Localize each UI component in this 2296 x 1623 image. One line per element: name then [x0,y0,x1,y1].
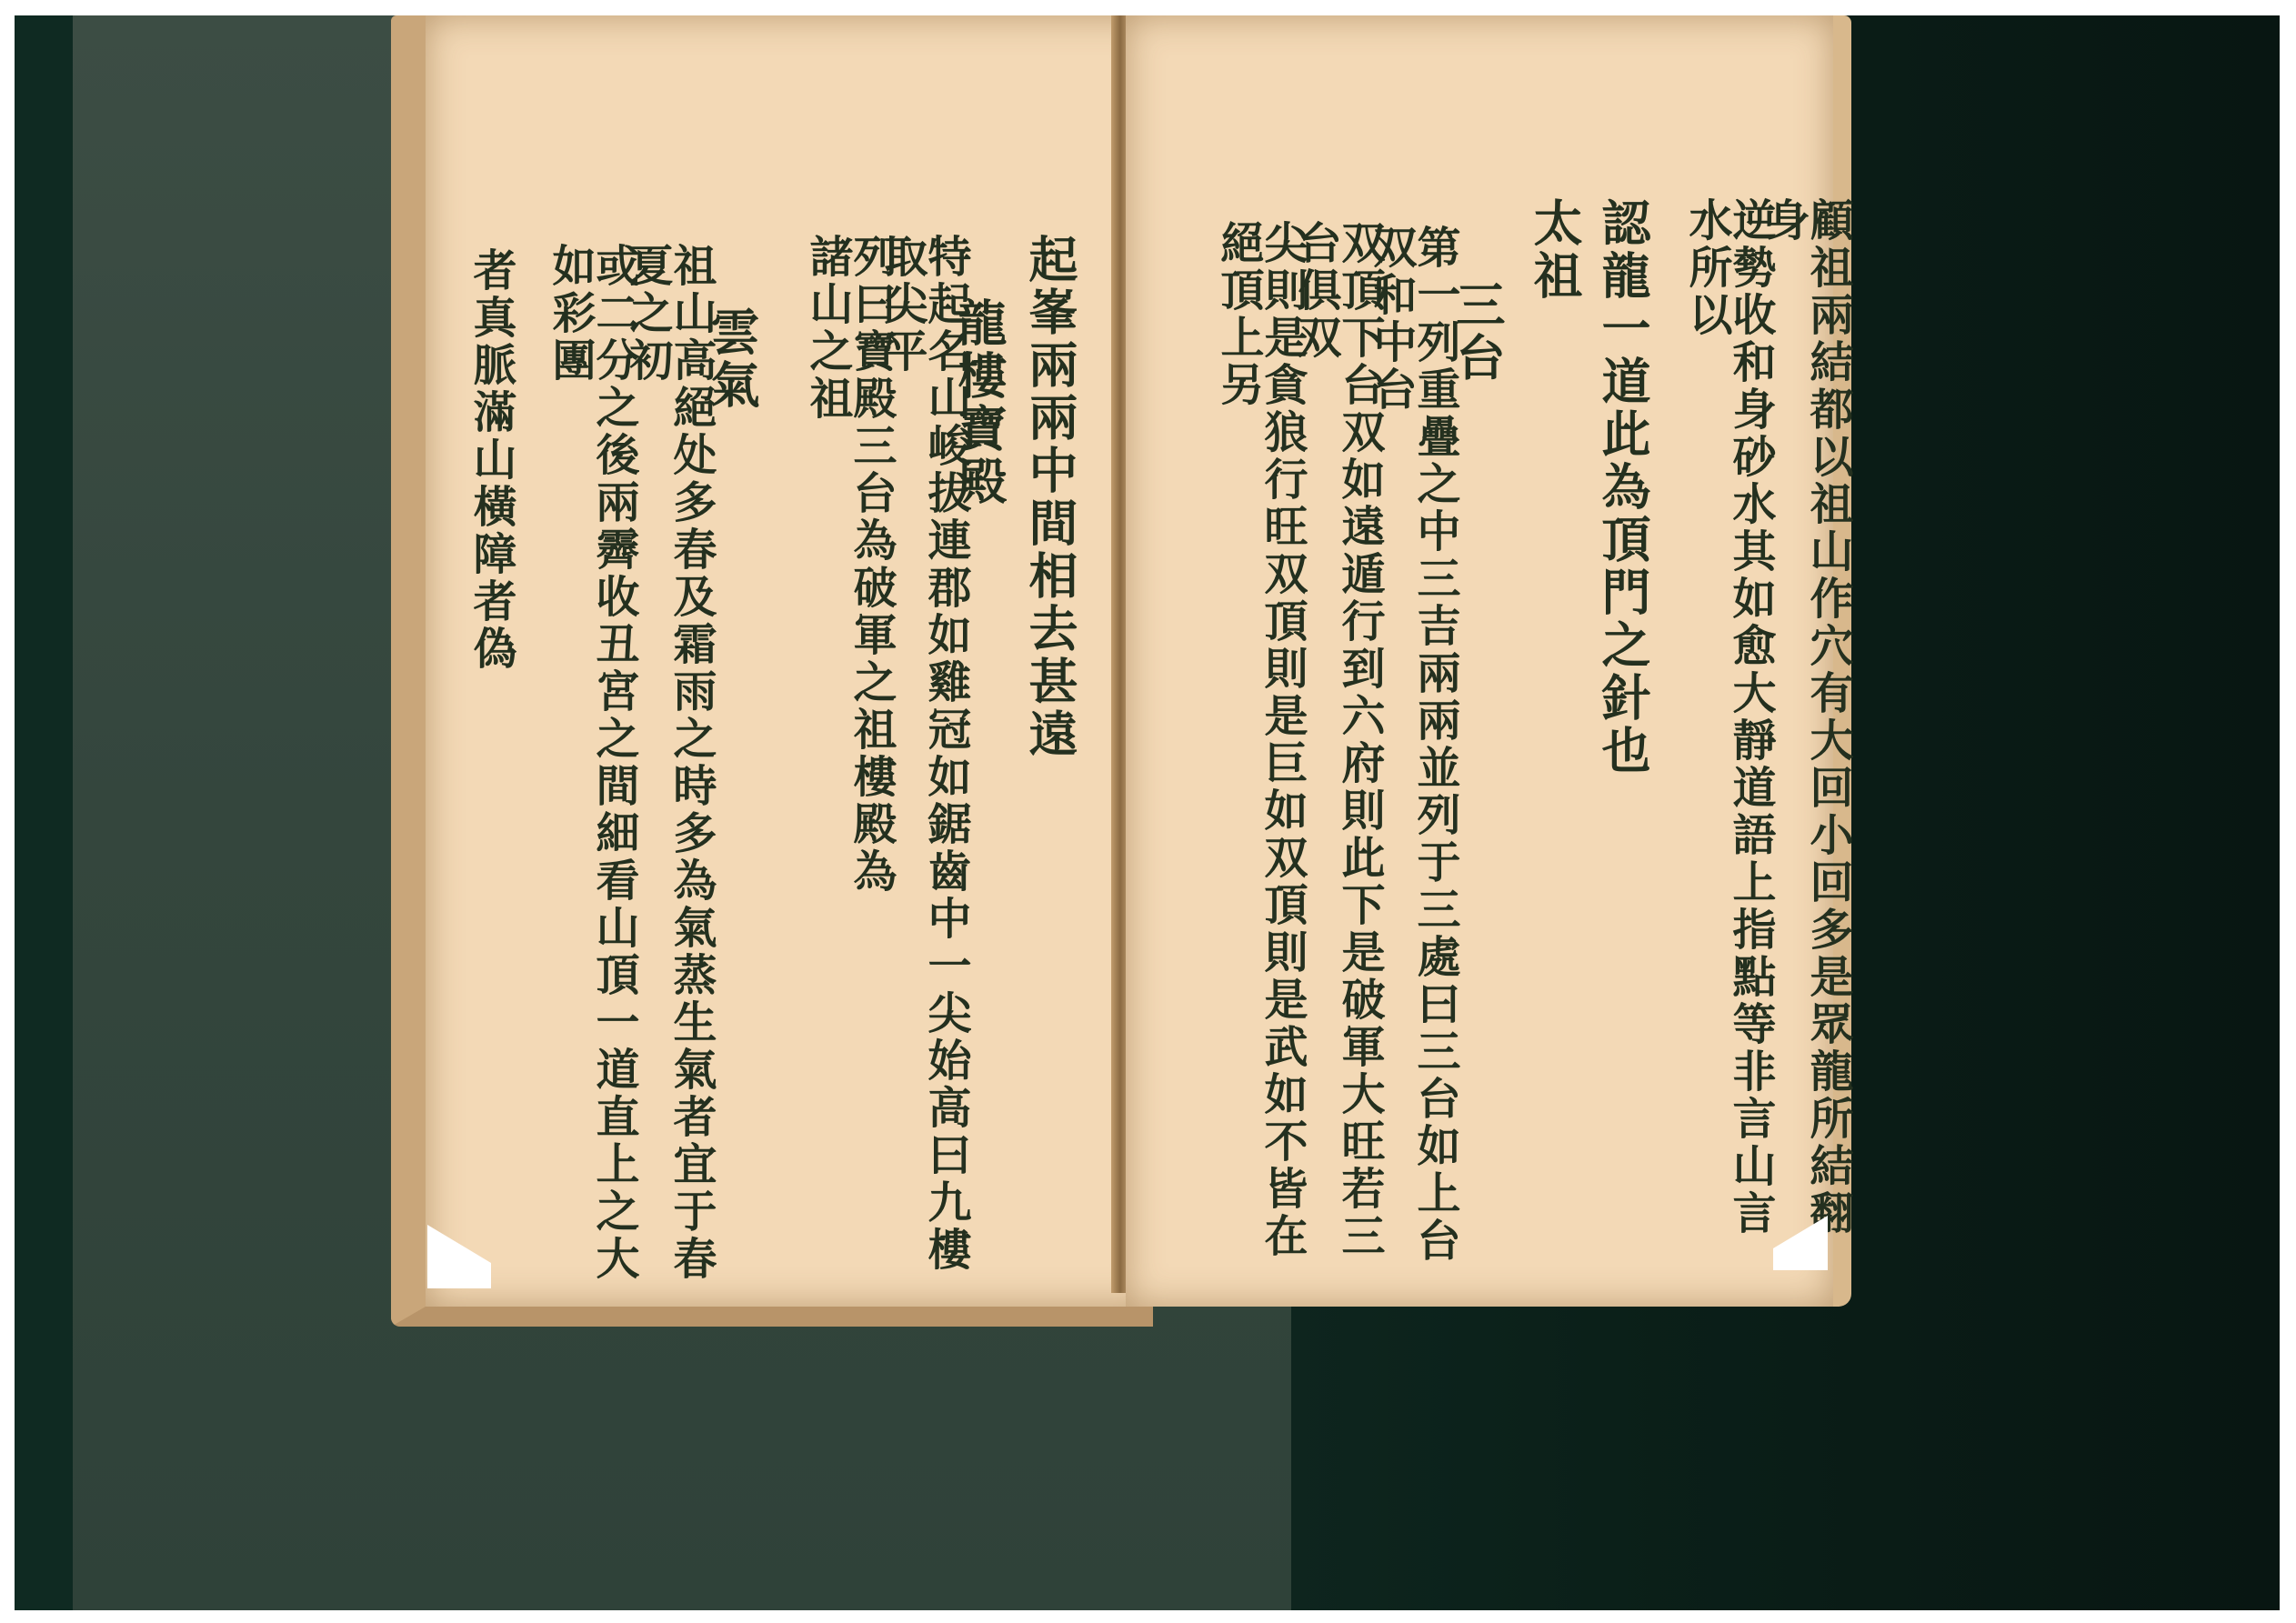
right-page: 顧祖兩結都以祖山作穴有大回小回多是眾龍所結翻身 逆勢收和身砂水其如愈大靜道語上指… [1126,15,1851,1307]
text-column: 逆勢收和身砂水其如愈大靜道語上指點等非言山言水所以 [1685,197,1772,1270]
text-column: 尖則是貪狼行旺双頂則是巨如双頂則是武如不皆在絕頂上另 [1217,220,1304,1266]
section-heading-taizu: 太祖 [1530,197,1579,303]
text-column: 認龍一道此為頂門之針也 [1599,197,1648,777]
left-page: 起峯兩兩中間相去甚遠 龍樓寶殿 特起名山峻拔連郡如雞冠如鋸齒中一尖始高曰九樓取尖… [391,15,1153,1327]
text-column: 起峯兩兩中間相去甚遠 [1026,234,1075,761]
open-book: 起峯兩兩中間相去甚遠 龍樓寶殿 特起名山峻拔連郡如雞冠如鋸齒中一尖始高曰九樓取尖… [391,15,1864,1316]
scanner-edge-strip [15,15,73,1610]
section-heading-santai: 三台 [1453,279,1502,385]
text-column: 或二分之後兩霽收丑宮之間細看山頂一道直上之大如彩團 [548,243,636,1288]
text-column: 者真脈滿山橫障者偽 [469,247,513,673]
text-column: 列曰寶殿三台為破軍之祖樓殿為諸山之祖 [806,234,893,925]
